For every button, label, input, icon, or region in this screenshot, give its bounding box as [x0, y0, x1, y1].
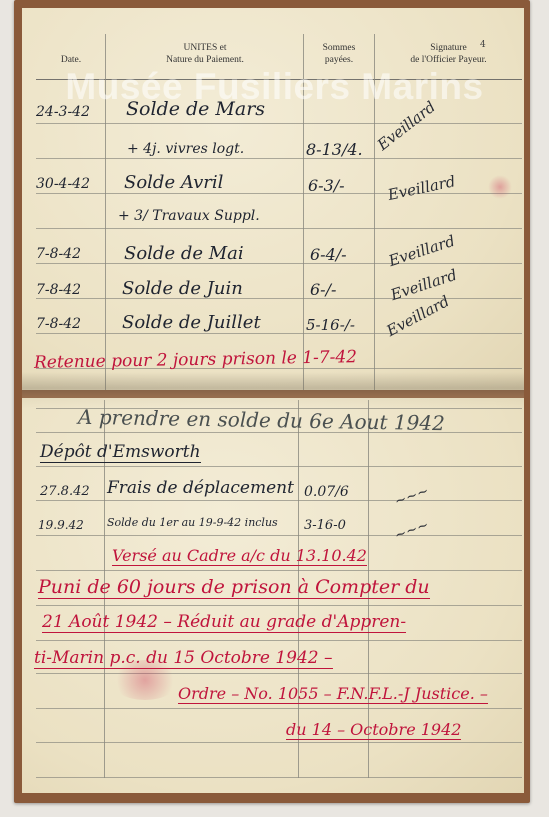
- entry-nature: Frais de déplacement: [107, 478, 294, 498]
- rule-line: [36, 742, 522, 743]
- entry-date: 30-4-42: [36, 176, 90, 192]
- entry-amount: 6-/-: [310, 280, 336, 299]
- red-annotation-reduit: 21 Août 1942 – Réduit au grade d'Appren-: [42, 612, 406, 633]
- entry-nature: Solde de Mars: [126, 98, 265, 120]
- entry-nature: + 4j. vivres logt.: [127, 141, 244, 157]
- header-signature: Signature de l'Officier Payeur.: [376, 42, 521, 66]
- page-corner-mark: 4: [480, 40, 486, 50]
- rule-line: [36, 708, 522, 709]
- entry-amount: 5-16-/-: [306, 316, 355, 334]
- red-annotation-verse: Versé au Cadre a/c du 13.10.42: [112, 546, 367, 566]
- rule-line: [36, 777, 522, 778]
- entry-nature: + 3/ Travaux Suppl.: [118, 208, 260, 224]
- entry-amount: 3-16-0: [304, 518, 346, 533]
- red-annotation-ordre: Ordre – No. 1055 – F.N.F.L.-J Justice. –: [178, 684, 488, 704]
- entry-date: 7-8-42: [36, 246, 81, 262]
- entry-amount: 6-3/-: [308, 176, 345, 195]
- rule-line: [36, 263, 522, 264]
- header-date: Date.: [40, 54, 102, 66]
- red-annotation-puni: Puni de 60 jours de prison à Compter du: [38, 576, 430, 599]
- entry-nature: Solde de Mai: [124, 243, 244, 264]
- rule-line: [36, 605, 522, 606]
- entry-nature: Solde de Juin: [122, 278, 243, 299]
- rule-line: [36, 673, 522, 674]
- red-ink-smudge: [110, 660, 180, 700]
- rule-line: [36, 570, 522, 571]
- rule-line: [36, 466, 522, 467]
- rule-line: [36, 228, 522, 229]
- entry-nature: Solde Avril: [124, 172, 223, 193]
- red-annotation-date: du 14 – Octobre 1942: [286, 720, 461, 740]
- rule-line: [36, 158, 522, 159]
- rule-line: [36, 500, 522, 501]
- entry-amount: 0.07/6: [304, 484, 349, 500]
- red-ink-mark: [488, 175, 512, 199]
- entry-date: 7-8-42: [36, 316, 81, 332]
- watermark: Musée Fusiliers Marins: [0, 66, 549, 108]
- entry-date: 19.9.42: [38, 518, 84, 532]
- rule-line: [36, 193, 522, 194]
- entry-amount: 8-13/4.: [306, 140, 363, 159]
- rule-line: [36, 123, 522, 124]
- entry-date: 27.8.42: [40, 484, 90, 499]
- rule-line: [36, 333, 522, 334]
- rule-line: [36, 298, 522, 299]
- header-unites: UNITES et Nature du Paiement.: [108, 42, 302, 66]
- entry-date: 24-3-42: [36, 104, 90, 120]
- entry-nature: Solde du 1er au 19-9-42 inclus: [107, 516, 278, 529]
- depot-heading: Dépôt d'Emsworth: [40, 442, 201, 463]
- red-annotation-apprenti: ti-Marin p.c. du 15 Octobre 1942 –: [34, 648, 333, 669]
- rule-line: [36, 535, 522, 536]
- entry-amount: 6-4/-: [310, 245, 347, 264]
- header-sommes: Sommes payées.: [305, 42, 373, 66]
- rule-line: [36, 640, 522, 641]
- entry-nature: Solde de Juillet: [122, 312, 261, 333]
- entry-date: 7-8-42: [36, 282, 81, 298]
